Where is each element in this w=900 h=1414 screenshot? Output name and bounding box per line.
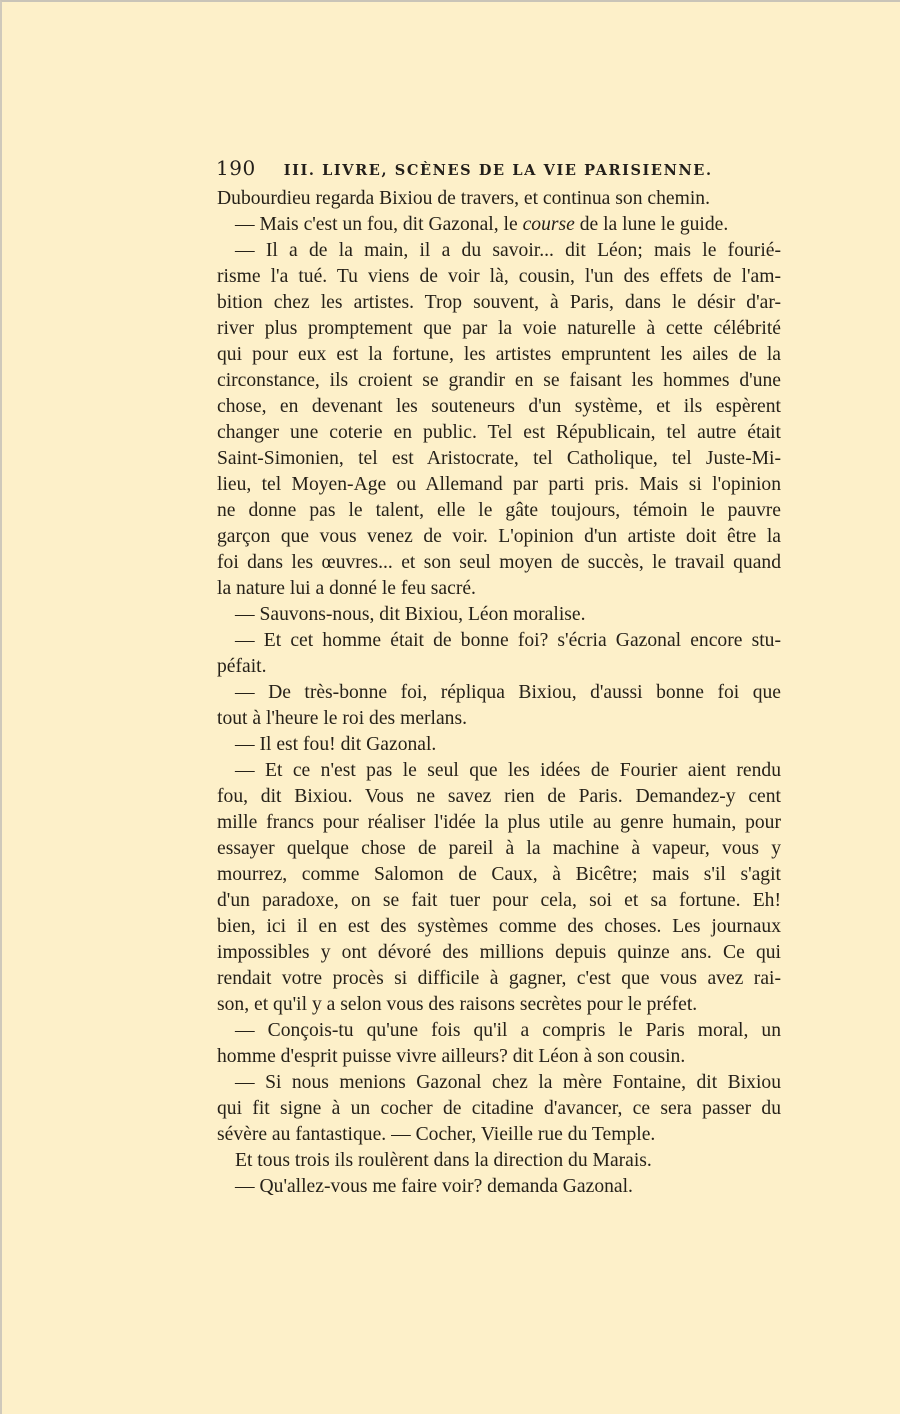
text-line: fou, dit Bixiou. Vous ne savez rien de P… — [217, 784, 781, 810]
text-line: — Et ce n'est pas le seul que les idées … — [217, 758, 781, 784]
text-line: — Et cet homme était de bonne foi? s'écr… — [217, 628, 781, 654]
text-line: — De très-bonne foi, répliqua Bixiou, d'… — [217, 680, 781, 706]
text-line: — Il a de la main, il a du savoir... dit… — [217, 238, 781, 264]
text-line: — Qu'allez-vous me faire voir? demanda G… — [217, 1174, 781, 1200]
text-line: qui fit signe à un cocher de citadine d'… — [217, 1096, 781, 1122]
text-line: qui pour eux est la fortune, les artiste… — [217, 342, 781, 368]
text-line: tout à l'heure le roi des merlans. — [217, 706, 781, 732]
text-line: garçon que vous venez de voir. L'opinion… — [217, 524, 781, 550]
text-line: mille francs pour réaliser l'idée la plu… — [217, 810, 781, 836]
text-line: — Mais c'est un fou, dit Gazonal, le cou… — [217, 212, 781, 238]
running-head: III. LIVRE, SCÈNES DE LA VIE PARISIENNE. — [284, 162, 713, 179]
text-line: — Il est fou! dit Gazonal. — [217, 732, 781, 758]
text-line: chose, en devenant les souteneurs d'un s… — [217, 394, 781, 420]
text-line: Dubourdieu regarda Bixiou de travers, et… — [217, 186, 781, 212]
text-line: la nature lui a donné le feu sacré. — [217, 576, 781, 602]
text-line: essayer quelque chose de pareil à la mac… — [217, 836, 781, 862]
text-line: rendait votre procès si difficile à gagn… — [217, 966, 781, 992]
italic-word: course — [523, 214, 575, 235]
text-line: son, et qu'il y a selon vous des raisons… — [217, 992, 781, 1018]
text-line: péfait. — [217, 654, 781, 680]
text-line: lieu, tel Moyen-Age ou Allemand par part… — [217, 472, 781, 498]
text-line: bien, ici il en est des systèmes comme d… — [217, 914, 781, 940]
text-line: impossibles y ont dévoré des millions de… — [217, 940, 781, 966]
text-segment: de la lune le guide. — [575, 214, 728, 235]
text-line: ne donne pas le talent, elle le gâte tou… — [217, 498, 781, 524]
text-line: river plus promptement que par la voie n… — [217, 316, 781, 342]
text-line: Saint-Simonien, tel est Aristocrate, tel… — [217, 446, 781, 472]
text-segment: — Mais c'est un fou, dit Gazonal, le — [235, 214, 523, 235]
text-line: bition chez les artistes. Trop souvent, … — [217, 290, 781, 316]
book-page: 190 III. LIVRE, SCÈNES DE LA VIE PARISIE… — [0, 0, 900, 1414]
text-line: d'un paradoxe, on se fait tuer pour cela… — [217, 888, 781, 914]
text-line: changer une coterie en public. Tel est R… — [217, 420, 781, 446]
body-text: Dubourdieu regarda Bixiou de travers, et… — [217, 186, 781, 1200]
page-header: 190 III. LIVRE, SCÈNES DE LA VIE PARISIE… — [216, 156, 782, 180]
text-line: foi dans les œuvres... et son seul moyen… — [217, 550, 781, 576]
text-line: mourrez, comme Salomon de Caux, à Bicêtr… — [217, 862, 781, 888]
text-line: — Sauvons-nous, dit Bixiou, Léon moralis… — [217, 602, 781, 628]
text-line: — Si nous menions Gazonal chez la mère F… — [217, 1070, 781, 1096]
text-line: Et tous trois ils roulèrent dans la dire… — [217, 1148, 781, 1174]
text-line: — Conçois-tu qu'une fois qu'il a compris… — [217, 1018, 781, 1044]
text-line: circonstance, ils croient se grandir en … — [217, 368, 781, 394]
text-line: risme l'a tué. Tu viens de voir là, cous… — [217, 264, 781, 290]
text-line: homme d'esprit puisse vivre ailleurs? di… — [217, 1044, 781, 1070]
page-number: 190 — [216, 156, 256, 180]
text-line: sévère au fantastique. — Cocher, Vieille… — [217, 1122, 781, 1148]
